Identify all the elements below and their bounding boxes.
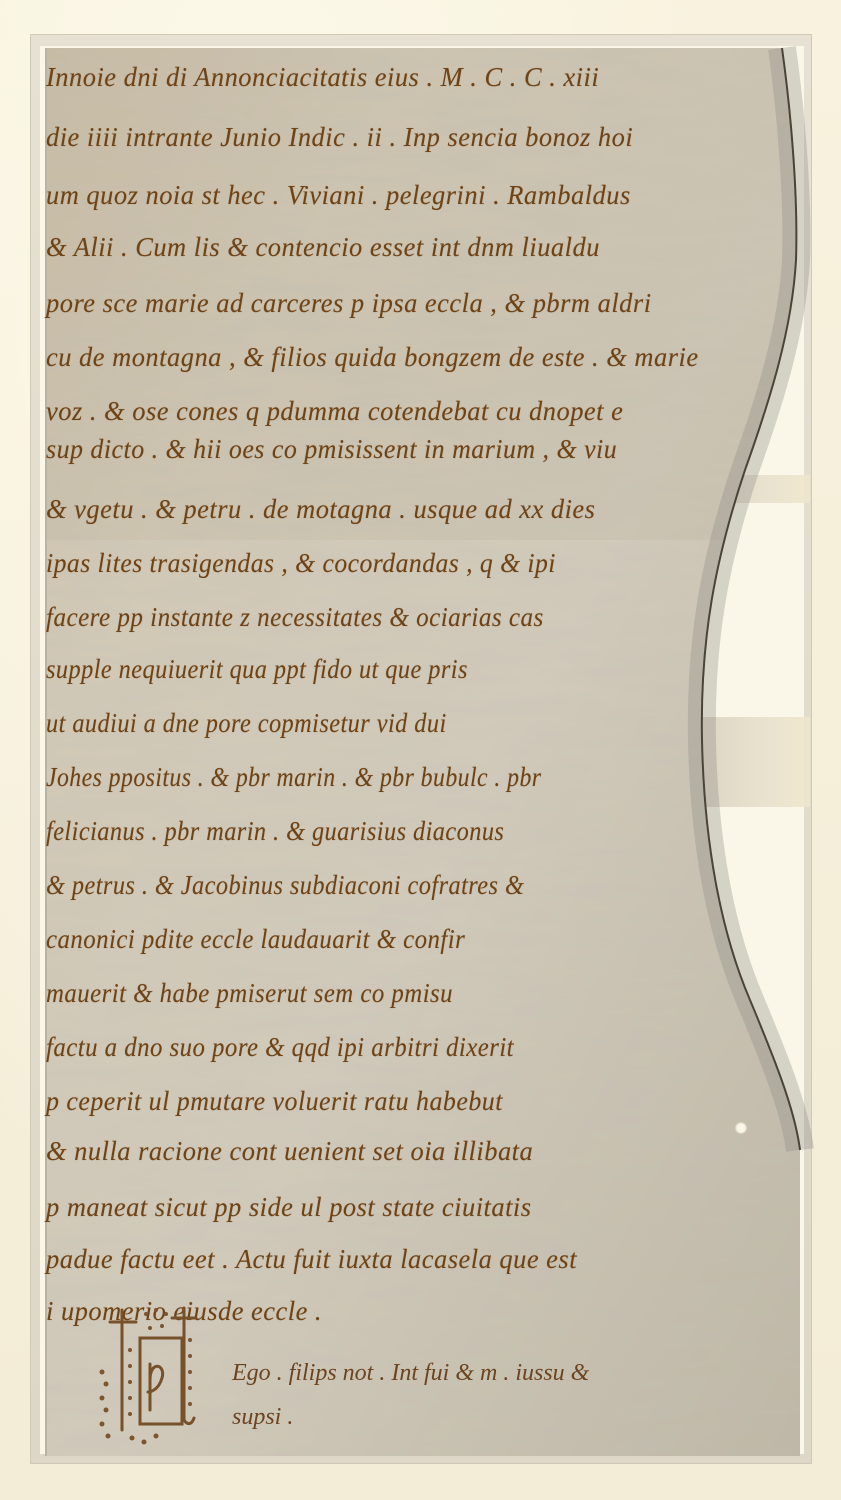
text-line: & Alii . Cum lis & contencio esset int d… [46,232,600,263]
notarial-signum-icon [92,1300,222,1450]
text-line: & vgetu . & petru . de motagna . usque a… [46,494,595,525]
notary-subscription-line: supsi . [232,1404,293,1431]
text-line: die iiii intrante Junio Indic . ii . Inp… [46,122,633,153]
text-line: p ceperit ul pmutare voluerit ratu habeb… [46,1086,503,1117]
text-line: Innoie dni di Annonciacitatis eius . M .… [46,62,599,93]
text-line: & nulla racione cont uenient set oia ill… [46,1136,533,1167]
parchment-sheet [0,0,841,1500]
text-line: & petrus . & Jacobinus subdiaconi cofrat… [46,870,524,901]
text-line: ipas lites trasigendas , & cocordandas ,… [46,548,556,579]
text-line: p maneat sicut pp side ul post state ciu… [46,1192,532,1223]
text-line: padue factu eet . Actu fuit iuxta lacase… [46,1244,577,1275]
text-line: facere pp instante z necessitates & ocia… [46,602,544,633]
text-line: Johes ppositus . & pbr marin . & pbr bub… [46,762,541,793]
text-line: canonici pdite eccle laudauarit & confir [46,924,465,955]
text-line: um quoz noia st hec . Viviani . pelegrin… [46,180,631,211]
text-line: factu a dno suo pore & qqd ipi arbitri d… [46,1032,514,1063]
text-line: cu de montagna , & filios quida bongzem … [46,342,699,373]
text-line: pore sce marie ad carceres p ipsa eccla … [46,288,652,319]
text-line: mauerit & habe pmiserut sem co pmisu [46,978,453,1009]
text-line: felicianus . pbr marin . & guarisius dia… [46,816,504,847]
text-line: voz . & ose cones q pdumma cotendebat cu… [46,396,623,427]
notary-subscription-line: Ego . filips not . Int fui & m . iussu & [232,1360,589,1387]
text-line: ut audiui a dne pore copmisetur vid dui [46,708,447,739]
text-line: supple nequiuerit qua ppt fido ut que pr… [46,654,468,685]
text-line: sup dicto . & hii oes co pmisissent in m… [46,434,617,465]
parchment-hole [735,1122,747,1134]
